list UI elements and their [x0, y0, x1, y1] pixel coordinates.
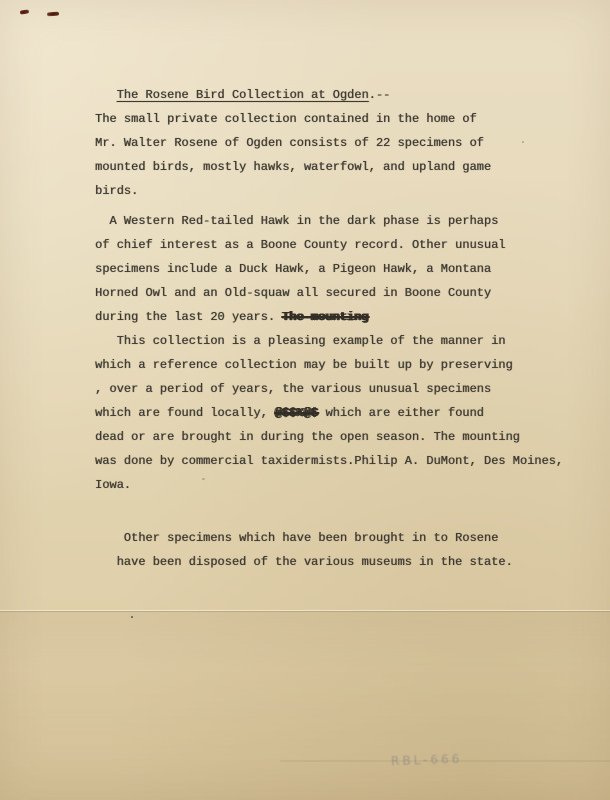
text-run: which a reference collection may be buil… — [95, 358, 513, 372]
text-run: birds. — [95, 184, 138, 198]
text-run: The small private collection contained i… — [95, 112, 477, 126]
title-line: The Rosene Bird Collection at Ogden.-- — [95, 83, 563, 107]
text-run: specimens include a Duck Hawk, a Pigeon … — [95, 262, 491, 276]
typewritten-line: Horned Owl and an Old-squaw all secured … — [95, 281, 563, 305]
text-run: This collection is a pleasing example of… — [95, 334, 505, 348]
typewritten-line: This collection is a pleasing example of… — [95, 329, 563, 353]
ink-speck — [131, 616, 133, 618]
typewritten-line: of chief interest as a Boone County reco… — [95, 233, 563, 257]
pencil-note: RBL-666 — [391, 752, 463, 768]
typewritten-line: have been disposed of the various museum… — [95, 550, 563, 574]
typewritten-line: which a reference collection may be buil… — [95, 353, 563, 377]
text-run: which are found locally, — [95, 406, 275, 420]
typewritten-line: The small private collection contained i… — [95, 107, 563, 131]
typewritten-line: mounted birds, mostly hawks, waterfowl, … — [95, 155, 563, 179]
typewritten-line: was done by commercial taxidermists.Phil… — [95, 449, 563, 473]
typewritten-line: birds. — [95, 179, 563, 203]
text-run: Horned Owl and an Old-squaw all secured … — [95, 286, 491, 300]
typewritten-line: during the last 20 years. The mounting — [95, 305, 563, 329]
typewritten-line: specimens include a Duck Hawk, a Pigeon … — [95, 257, 563, 281]
typewritten-line: A Western Red-tailed Hawk in the dark ph… — [95, 209, 563, 233]
typewritten-line: , over a period of years, the various un… — [95, 377, 563, 401]
struck-out-text: The mounting — [282, 310, 368, 324]
typewritten-line: which are found locally, @$$%@$ which ar… — [95, 401, 563, 425]
text-run: have been disposed of the various museum… — [95, 555, 513, 569]
underlined-title-text: The Rosene Bird Collection at Ogden — [117, 88, 369, 102]
fold-crease — [0, 611, 610, 800]
typewritten-line: Iowa. — [95, 473, 563, 497]
text-run: mounted birds, mostly hawks, waterfowl, … — [95, 160, 491, 174]
text-run: Iowa. — [95, 478, 131, 492]
text-run: A Western Red-tailed Hawk in the dark ph… — [95, 214, 498, 228]
typewritten-line: Other specimens which have been brought … — [95, 526, 563, 550]
text-run: of chief interest as a Boone County reco… — [95, 238, 505, 252]
typewritten-text: The Rosene Bird Collection at Ogden.--Th… — [95, 83, 563, 574]
typewritten-line: Mr. Walter Rosene of Ogden consists of 2… — [95, 131, 563, 155]
text-run: , over a period of years, the various un… — [95, 382, 491, 396]
text-run: during the last 20 years. — [95, 310, 282, 324]
text-run: which are either found — [318, 406, 484, 420]
text-run: dead or are brought in during the open s… — [95, 430, 520, 444]
text-run: was done by commercial taxidermists.Phil… — [95, 454, 563, 468]
document-page: The Rosene Bird Collection at Ogden.--Th… — [0, 0, 610, 800]
text-run: Other specimens which have been brought … — [95, 531, 498, 545]
text-run: .-- — [369, 88, 391, 102]
typewritten-line: dead or are brought in during the open s… — [95, 425, 563, 449]
struck-out-text: @$$%@$ — [275, 406, 318, 420]
text-run — [95, 88, 117, 102]
rust-mark-icon — [20, 9, 29, 14]
rust-mark-icon — [47, 12, 59, 17]
text-run: Mr. Walter Rosene of Ogden consists of 2… — [95, 136, 484, 150]
